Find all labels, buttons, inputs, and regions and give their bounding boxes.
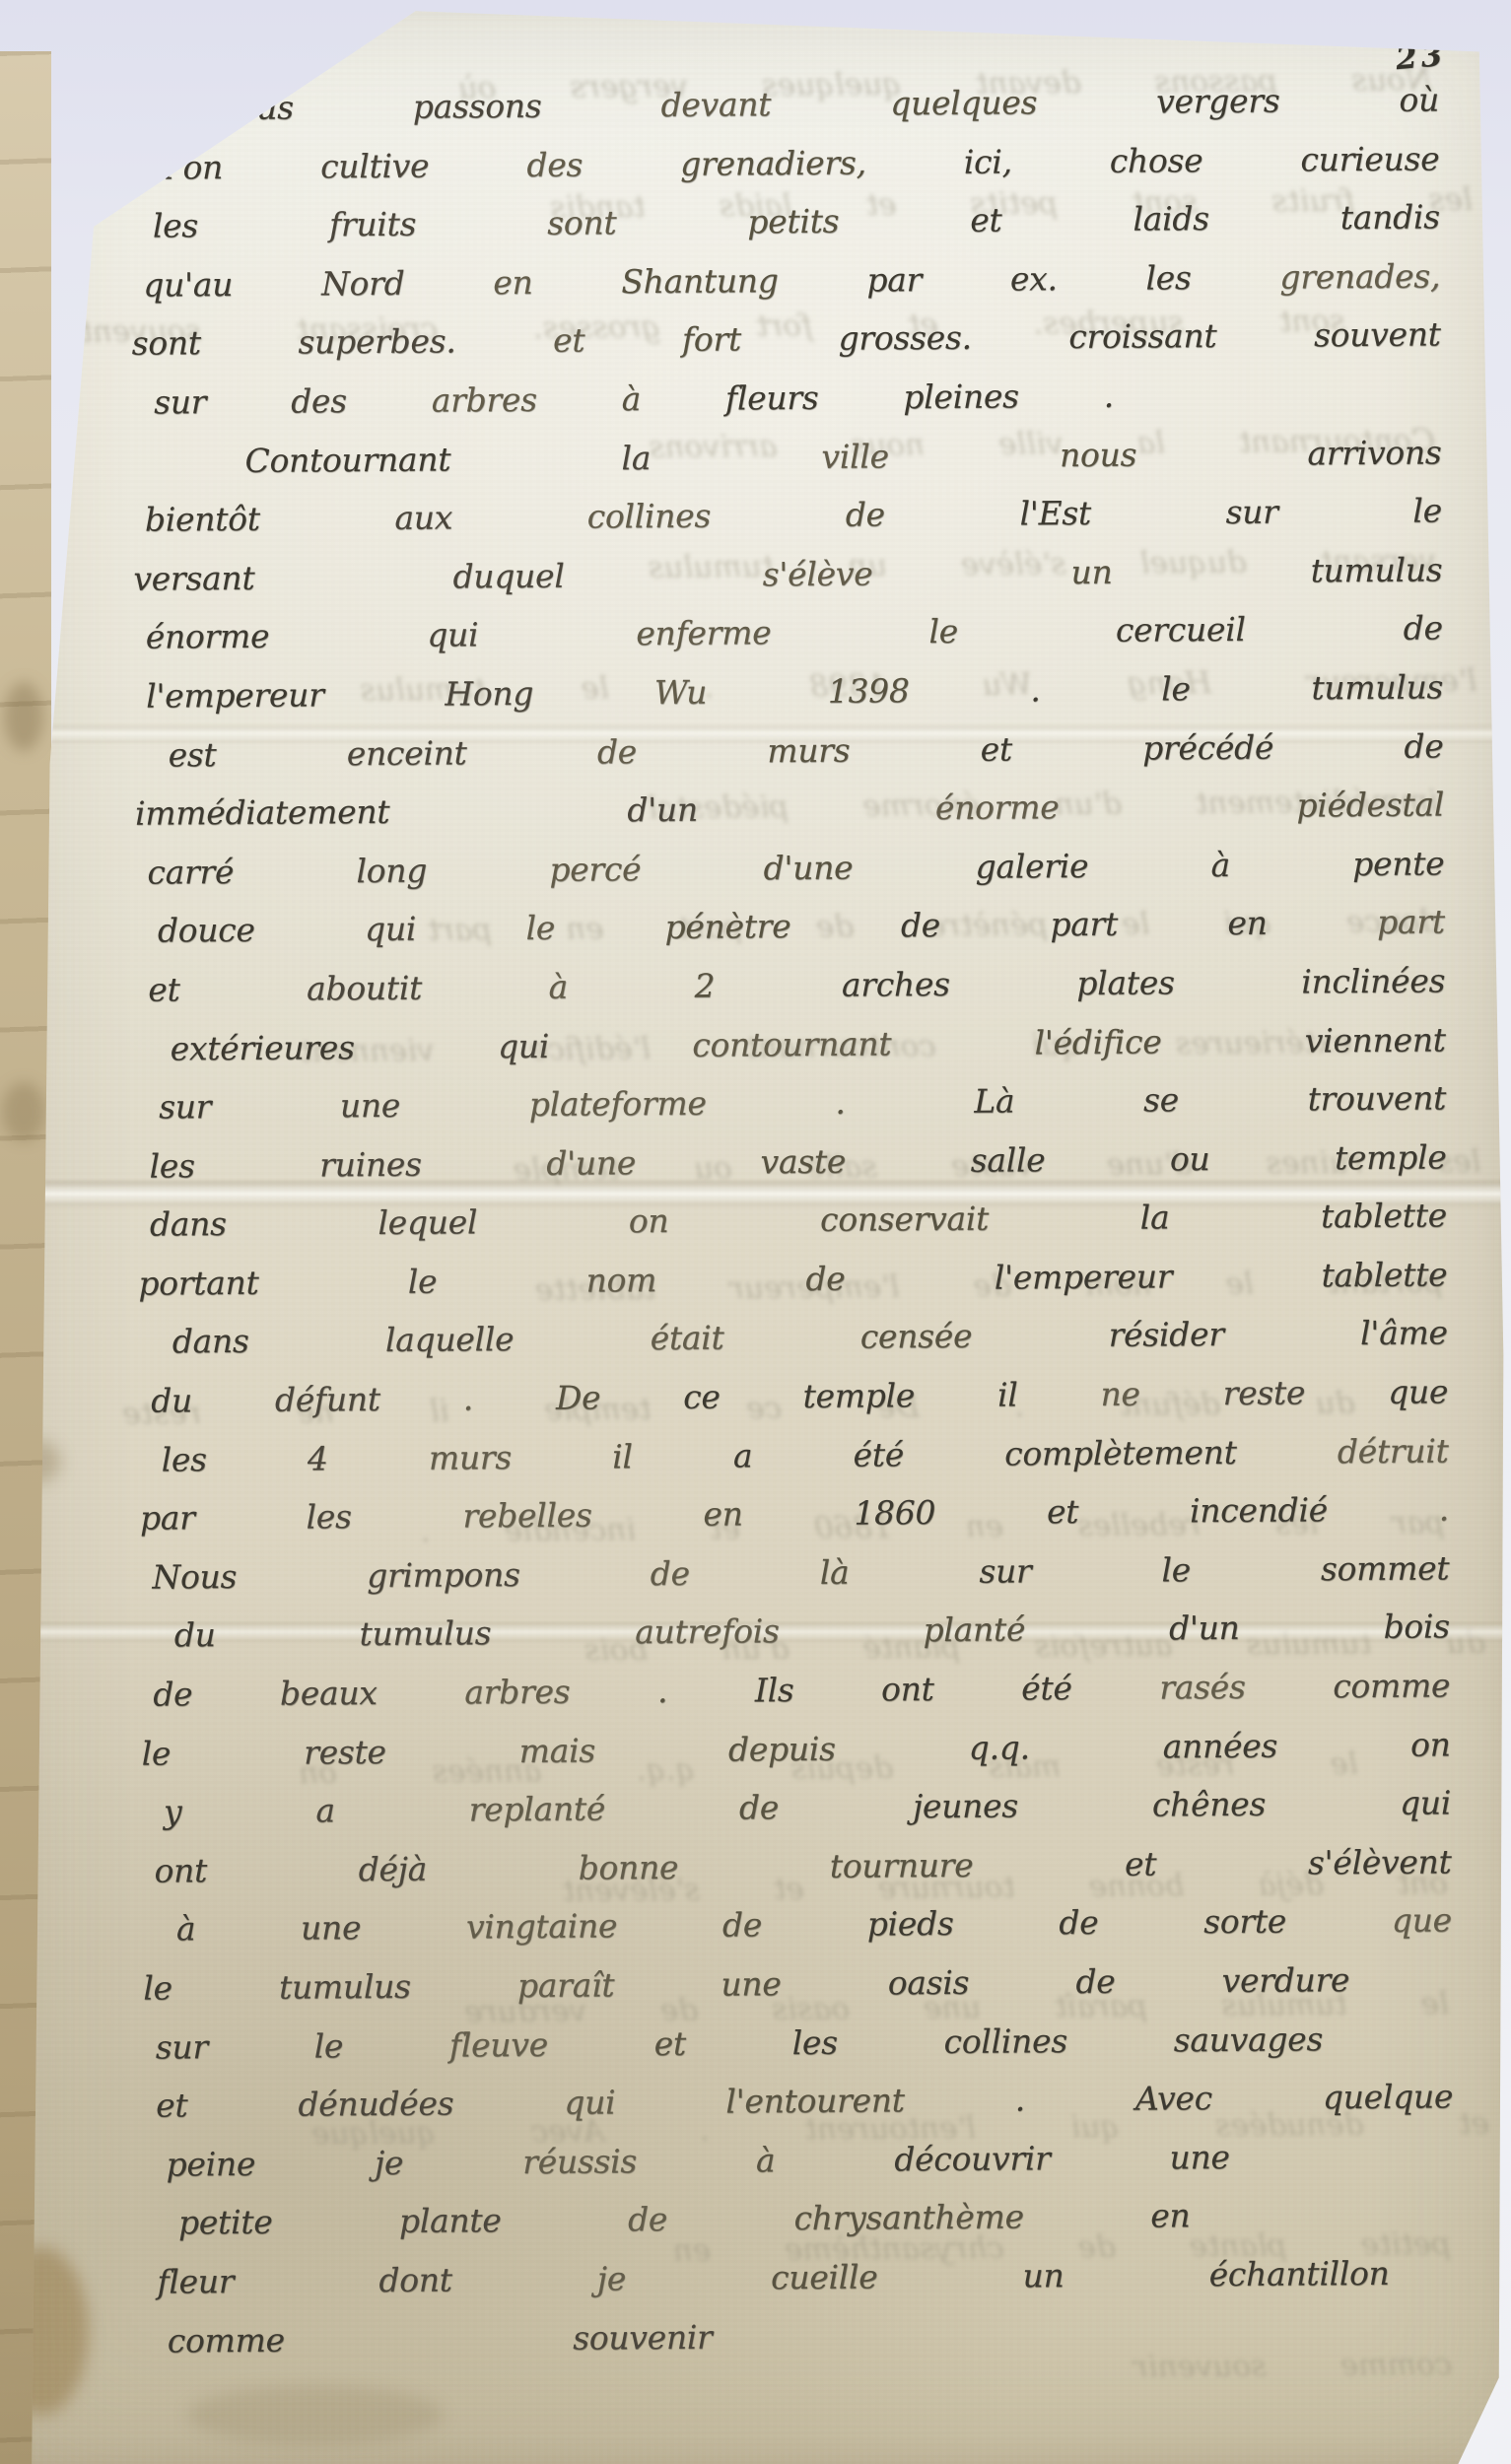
word: y: [164, 1793, 182, 1831]
word: enceint: [347, 733, 467, 773]
word: du: [151, 1381, 192, 1419]
word: de: [628, 2200, 667, 2238]
word: petits: [747, 202, 839, 241]
word: détruit: [1338, 1431, 1449, 1471]
word: ont: [154, 1851, 207, 1889]
word: tumulus: [279, 1967, 411, 2007]
word: et: [1047, 1492, 1078, 1531]
word: en: [1150, 2197, 1190, 2235]
word: en: [493, 263, 532, 302]
word: planté: [923, 1610, 1025, 1650]
word: cercueil: [1116, 610, 1246, 650]
word: murs: [429, 1438, 512, 1477]
word: qui: [1400, 1784, 1451, 1822]
word: de: [1059, 1903, 1098, 1942]
handwritten-line: danslaquelleétaitcenséerésiderl'âme: [172, 1314, 1448, 1382]
handwritten-line: sontsuperbes.etfortgrosses.croissantsouv…: [132, 315, 1441, 383]
word: percé: [549, 850, 641, 889]
word: et: [970, 201, 1001, 240]
word: peine: [166, 2145, 255, 2184]
word: carré: [147, 853, 234, 892]
word: en: [703, 1495, 742, 1534]
word: il: [612, 1437, 633, 1475]
word: tumulus: [1311, 667, 1443, 707]
word: où: [1399, 80, 1439, 118]
word: à: [176, 1910, 196, 1949]
word: reste: [304, 1733, 386, 1772]
word: sur: [159, 1087, 211, 1126]
word: sur: [979, 1551, 1031, 1590]
handwritten-line: lesfruitssontpetitsetlaidstandis: [153, 198, 1440, 266]
word: trouvent: [1307, 1079, 1446, 1119]
word: tandis: [1340, 198, 1440, 238]
word: s'élève: [763, 554, 873, 593]
word: a: [733, 1436, 753, 1474]
word: paraît: [517, 1965, 615, 2005]
word: dans: [172, 1322, 249, 1361]
handwritten-line: debeauxarbres.Ilsontétéraséscomme: [153, 1666, 1450, 1734]
word: par: [866, 260, 922, 299]
word: Contournant: [244, 440, 450, 479]
word: superbes.: [298, 322, 455, 362]
word: qui: [365, 910, 416, 948]
word: dénudées: [298, 2085, 453, 2124]
word: le: [408, 1262, 438, 1300]
word: ont: [881, 1670, 934, 1708]
word: aux: [394, 499, 452, 537]
handwritten-line: letumulusparaîtuneoasisdeverdure: [143, 1960, 1349, 2027]
word: arrivons: [1307, 433, 1441, 472]
word: q.q.: [969, 1728, 1030, 1766]
handwritten-line: fleurdontjecueilleunéchantillon: [157, 2254, 1390, 2321]
handwritten-line: Nouspassonsdevantquelquesvergersoù: [130, 80, 1439, 148]
word: De: [556, 1378, 601, 1416]
word: l'entourent: [725, 2081, 905, 2120]
word: un: [1070, 553, 1112, 591]
word: de: [1404, 726, 1443, 765]
word: la: [621, 439, 651, 477]
handwritten-line: etaboutità2archesplatesinclinées: [148, 961, 1445, 1029]
word: réussis: [522, 2142, 637, 2181]
word: le: [525, 909, 555, 947]
word: ex.: [1010, 259, 1058, 298]
word: .: [835, 1083, 845, 1122]
word: une: [340, 1086, 400, 1125]
handwritten-line: àunevingtainedepiedsdesorteque: [176, 1901, 1452, 1969]
word: sorte: [1203, 1902, 1286, 1942]
word: on: [1410, 1725, 1451, 1763]
word: fleur: [157, 2262, 234, 2301]
handwritten-line: Nousgrimponsdelàsurlesommet: [152, 1548, 1449, 1616]
word: sont: [547, 203, 616, 241]
word: quelques: [890, 83, 1037, 122]
word: d'une: [546, 1143, 636, 1183]
word: ne: [1100, 1375, 1139, 1413]
word: salle: [970, 1140, 1045, 1180]
word: vingtaine: [466, 1907, 617, 1947]
word: tumulus: [1310, 550, 1442, 589]
word: une: [1169, 2138, 1229, 2176]
word: grosses.: [838, 318, 971, 358]
word: Là: [974, 1082, 1014, 1121]
word: sur: [154, 382, 206, 421]
word: extérieures: [171, 1028, 355, 1067]
word: sommet: [1321, 1548, 1450, 1588]
word: se: [1143, 1080, 1179, 1119]
handwritten-line: doucequilepénètredepartenpart: [158, 903, 1445, 971]
word: verdure: [1222, 1960, 1350, 2000]
word: part: [1377, 903, 1445, 941]
word: conservait: [820, 1199, 989, 1239]
word: des: [526, 145, 583, 183]
word: énorme: [146, 617, 270, 656]
handwritten-line: parlesrebellesen1860etincendié.: [140, 1490, 1449, 1558]
word: les: [792, 2022, 838, 2061]
word: énorme: [935, 787, 1060, 827]
handwritten-line: peinejeréussisàdécouvrirune: [166, 2138, 1229, 2204]
word: tournure: [830, 1846, 974, 1885]
handwritten-line: bientôtauxcollinesdel'Estsurle: [145, 492, 1442, 560]
word: laquelle: [385, 1320, 515, 1359]
word: été: [853, 1435, 904, 1473]
word: pénètre: [664, 907, 790, 946]
word: vergers: [1156, 82, 1279, 121]
word: souvenir: [573, 2317, 713, 2357]
word: laids: [1133, 199, 1209, 239]
word: ville: [821, 437, 889, 475]
word: Nous: [209, 89, 294, 128]
word: chênes: [1152, 1785, 1266, 1824]
handwritten-line: ontdéjàbonnetournureets'élèvent: [154, 1842, 1451, 1910]
word: l'Est: [1019, 494, 1091, 533]
word: de: [805, 1260, 845, 1298]
word: Shantung: [621, 261, 779, 301]
word: croissant: [1068, 316, 1216, 356]
word: Nous: [152, 1557, 237, 1597]
word: autrefois: [635, 1612, 780, 1652]
word: je: [597, 2259, 626, 2297]
word: Avec: [1135, 2079, 1212, 2118]
word: chose: [1110, 141, 1203, 180]
word: mais: [519, 1731, 596, 1770]
word: grenades,: [1279, 256, 1440, 296]
handwritten-line: commesouvenir: [168, 2317, 713, 2379]
word: rasés: [1159, 1668, 1246, 1707]
word: incendié: [1190, 1491, 1328, 1531]
word: l'empereur: [995, 1257, 1173, 1296]
word: dans: [150, 1204, 227, 1244]
word: part: [1050, 905, 1118, 943]
word: jeunes: [913, 1787, 1018, 1826]
word: du: [174, 1616, 216, 1655]
word: pieds: [867, 1904, 954, 1944]
word: le: [314, 2026, 344, 2065]
word: plante: [399, 2202, 502, 2241]
word: temple: [802, 1376, 915, 1415]
word: immédiatement: [135, 792, 390, 833]
word: à: [622, 379, 642, 418]
word: cueille: [771, 2257, 878, 2296]
manuscript-page: Nous passons devant quelques vergers oùl…: [0, 0, 1511, 2464]
word: arbres: [464, 1673, 570, 1712]
word: en: [1227, 904, 1267, 942]
word: a: [315, 1792, 335, 1830]
word: grimpons: [367, 1555, 520, 1595]
word: arches: [842, 965, 950, 1004]
word: depuis: [728, 1729, 836, 1768]
word: les: [153, 206, 198, 244]
word: le: [143, 1968, 172, 2007]
word: déjà: [359, 1849, 428, 1887]
word: d'un: [627, 790, 698, 829]
word: qui: [564, 2084, 615, 2122]
word: de: [153, 1675, 192, 1713]
word: le: [1412, 492, 1442, 530]
word: et: [156, 2087, 187, 2125]
handwritten-line: qu'auNordenShantungparex.lesgrenades,: [143, 256, 1440, 324]
word: collines: [587, 497, 712, 536]
word: de: [651, 1554, 690, 1593]
word: rebelles: [462, 1496, 591, 1536]
word: douce: [158, 911, 255, 950]
word: s'élèvent: [1308, 1842, 1452, 1882]
word: chrysanthème: [793, 2198, 1024, 2238]
word: de: [1404, 609, 1443, 648]
handwritten-line: estenceintdemursetprécédéde: [168, 726, 1443, 794]
word: de: [901, 906, 940, 944]
word: piédestal: [1296, 786, 1444, 825]
handwritten-line: énormequienfermelecercueilde: [146, 609, 1443, 677]
word: Hong: [445, 674, 533, 714]
word: sur: [1225, 493, 1277, 531]
word: inclinées: [1301, 961, 1445, 1000]
word: portant: [138, 1264, 258, 1303]
word: que: [1388, 1372, 1448, 1410]
word: .: [657, 1672, 667, 1710]
word: à: [548, 968, 568, 1006]
word: l'âme: [1360, 1314, 1448, 1353]
word: dont: [378, 2260, 452, 2299]
handwritten-line: petiteplantedechrysanthèmeen: [178, 2197, 1191, 2263]
word: 1398: [828, 671, 910, 711]
word: comme: [168, 2320, 285, 2360]
edge-stain: [4, 682, 43, 751]
word: Ils: [755, 1671, 794, 1709]
word: l'édifice: [1034, 1022, 1161, 1061]
word: bois: [1383, 1608, 1450, 1646]
word: de: [597, 732, 637, 771]
word: de: [1075, 1962, 1115, 2001]
word: là: [820, 1552, 850, 1591]
word: plates: [1076, 963, 1175, 1002]
word: complètement: [1004, 1433, 1237, 1473]
word: 2: [694, 966, 715, 1004]
word: qui: [427, 616, 478, 654]
word: collines: [943, 2021, 1067, 2061]
word: Wu: [654, 673, 708, 712]
handwritten-line: dudéfunt.Decetempleilneresteque: [151, 1372, 1448, 1440]
word: .: [1015, 2081, 1025, 2119]
word: .: [463, 1379, 473, 1417]
word: découvrir: [894, 2139, 1051, 2178]
word: .: [1104, 376, 1114, 415]
word: plateforme: [529, 1084, 707, 1124]
word: murs: [767, 730, 850, 770]
word: la: [1140, 1198, 1170, 1237]
word: replanté: [469, 1790, 606, 1829]
word: et: [553, 321, 584, 360]
word: nom: [585, 1261, 656, 1299]
word: tablette: [1321, 1197, 1447, 1236]
handwritten-line: suruneplateforme.Làsetrouvent: [159, 1079, 1446, 1147]
word: .: [1030, 670, 1040, 709]
handwritten-line: surlefleuveetlescollinessauvages: [156, 2019, 1324, 2087]
word: Nord: [321, 264, 405, 304]
word: .: [1439, 1490, 1449, 1529]
word: comme: [1333, 1666, 1450, 1705]
word: aboutit: [307, 969, 422, 1008]
word: l'on: [164, 148, 223, 186]
word: viennent: [1305, 1020, 1446, 1060]
word: enferme: [636, 614, 771, 653]
word: quelque: [1323, 2078, 1454, 2117]
handwritten-line: versantduquels'élèveuntumulus: [133, 550, 1442, 618]
word: par: [140, 1499, 195, 1538]
word: nous: [1060, 435, 1136, 474]
word: résider: [1108, 1315, 1223, 1354]
word: d'une: [763, 848, 853, 887]
word: censée: [860, 1317, 973, 1356]
word: grenadiers,: [680, 143, 866, 182]
word: ce: [683, 1378, 721, 1416]
handwritten-line: Contournantlavillenousarrivons: [166, 433, 1441, 501]
word: qu'au: [143, 265, 233, 305]
word: que: [1392, 1901, 1452, 1940]
word: sur: [156, 2027, 208, 2066]
word: 1860: [854, 1493, 935, 1533]
word: il: [997, 1376, 1018, 1414]
word: échantillon: [1208, 2254, 1389, 2293]
word: bonne: [579, 1848, 679, 1887]
handwritten-line: lesruinesd'unevastesalleoutemple: [149, 1137, 1446, 1205]
word: qui: [498, 1026, 549, 1064]
word: duquel: [452, 556, 564, 595]
handwritten-line: l'oncultivedesgrenadiers,ici,chosecurieu…: [164, 139, 1439, 207]
word: pente: [1352, 844, 1444, 883]
word: tablette: [1321, 1255, 1447, 1294]
handwritten-line: etdénudéesquil'entourent.Avecquelque: [156, 2078, 1453, 2146]
word: est: [168, 735, 216, 774]
word: vaste: [760, 1141, 846, 1181]
word: de: [722, 1906, 762, 1945]
word: les: [1145, 258, 1191, 297]
word: un: [1022, 2256, 1064, 2294]
word: ou: [1170, 1139, 1210, 1178]
word: ruines: [319, 1144, 422, 1184]
word: reste: [1222, 1373, 1305, 1412]
word: fort: [682, 320, 741, 359]
word: devant: [660, 85, 771, 124]
word: de: [739, 1788, 779, 1826]
word: galerie: [975, 847, 1088, 886]
handwritten-line: surdesarbresàfleurspleines.: [154, 376, 1114, 442]
word: tumulus: [359, 1614, 491, 1654]
word: le: [1161, 1550, 1191, 1589]
edge-stain: [2, 1082, 45, 1141]
word: passons: [413, 87, 542, 126]
word: l'empereur: [146, 675, 324, 715]
page-number: 23: [1395, 37, 1448, 77]
word: précédé: [1142, 727, 1273, 767]
word: sauvages: [1174, 2019, 1324, 2059]
word: fleurs: [725, 378, 819, 418]
word: d'un: [1169, 1608, 1240, 1647]
handwritten-line: les4mursilaétécomplètementdétruit: [161, 1431, 1448, 1499]
word: on: [629, 1201, 669, 1240]
word: sont: [132, 324, 201, 363]
word: et: [654, 2023, 686, 2062]
word: et: [1125, 1844, 1156, 1882]
word: pleines: [903, 376, 1019, 416]
word: des: [291, 381, 347, 420]
word: et: [980, 729, 1011, 768]
word: années: [1163, 1726, 1278, 1765]
word: souvent: [1314, 315, 1441, 355]
word: défunt: [275, 1380, 380, 1419]
handwritten-line: portantlenomdel'empereurtablette: [138, 1255, 1447, 1323]
word: versant: [133, 559, 254, 598]
word: temple: [1335, 1137, 1447, 1177]
word: ici,: [964, 142, 1012, 180]
word: cultive: [320, 146, 429, 185]
word: fleuve: [449, 2024, 548, 2064]
word: fruits: [329, 205, 416, 244]
word: long: [356, 851, 427, 889]
photographed-manuscript: Nous passons devant quelques vergers oùl…: [0, 0, 1511, 2464]
word: le: [142, 1734, 172, 1772]
handwritten-line: dutumulusautrefoisplantéd'unbois: [174, 1608, 1450, 1676]
word: une: [301, 1909, 361, 1948]
handwritten-line: carrélongpercéd'unegalerieàpente: [147, 844, 1444, 912]
handwritten-line: extérieuresquicontournantl'édificevienne…: [171, 1020, 1446, 1088]
word: le: [1161, 669, 1191, 708]
word: je: [375, 2144, 403, 2182]
word: beaux: [280, 1674, 378, 1713]
word: à: [1210, 846, 1230, 884]
word: lequel: [378, 1203, 477, 1243]
word: une: [721, 1964, 781, 2003]
handwritten-line: lerestemaisdepuisq.q.annéeson: [142, 1725, 1451, 1793]
word: le: [928, 612, 958, 650]
word: 4: [308, 1439, 328, 1477]
handwritten-line: yareplantédejeuneschênesqui: [164, 1784, 1451, 1852]
word: les: [149, 1146, 194, 1185]
handwritten-line: l'empereurHongWu1398.letumulus: [146, 667, 1443, 735]
handwritten-line: immédiatementd'unénormepiédestal: [135, 786, 1444, 854]
word: contournant: [692, 1024, 891, 1063]
manuscript-text: Nouspassonsdevantquelquesvergersoùl'oncu…: [142, 80, 1455, 2379]
word: était: [651, 1319, 724, 1358]
word: les: [161, 1440, 206, 1478]
word: arbres: [432, 380, 537, 420]
word: bientôt: [145, 500, 260, 539]
word: les: [306, 1497, 351, 1536]
word: à: [756, 2141, 776, 2179]
word: curieuse: [1300, 139, 1439, 178]
word: été: [1021, 1669, 1072, 1707]
word: oasis: [888, 1963, 970, 2003]
word: de: [846, 496, 885, 534]
